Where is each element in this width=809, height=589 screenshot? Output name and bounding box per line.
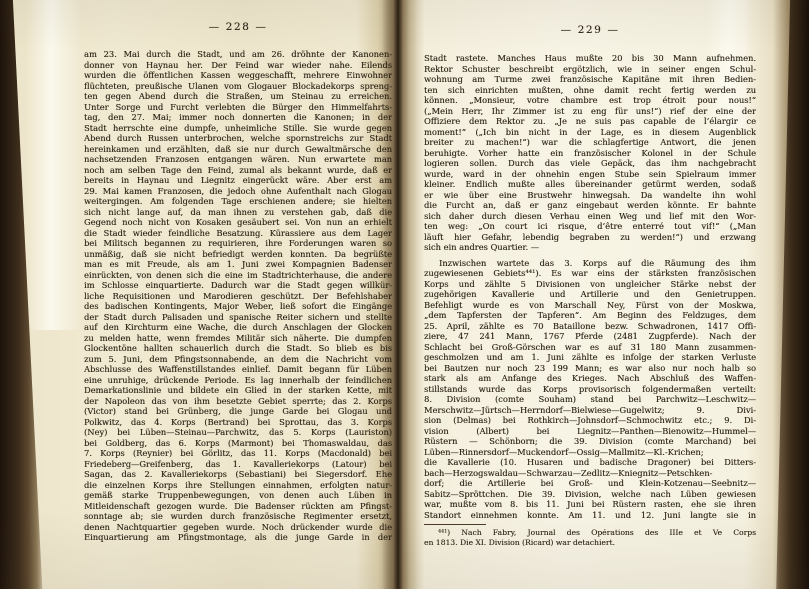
- page-number-228: — 228 —: [84, 21, 392, 33]
- text-line: ziere, 47 241 Mann, 1767 Pferde (2481 Zu…: [424, 331, 756, 342]
- text-line: wurden die öffentlichen Kassen weggescha…: [84, 70, 392, 81]
- text-line: gemäß starke Truppenbewegungen, von dene…: [84, 490, 392, 501]
- text-line: dorf; die Artillerie bei Groß- und Klein…: [424, 478, 756, 489]
- text-line: die Furcht an, daß er ganz eingebaut wer…: [424, 200, 756, 211]
- text-line: ⁴⁴¹) Nach Fabry, Journal des Opérations …: [424, 528, 756, 538]
- text-line: der Napoleon das von ihm besetzte Gebiet…: [84, 396, 392, 407]
- text-line: 8. Division (comte Souham) stand bei Par…: [424, 394, 756, 405]
- text-line: liche Requisitionen und Marodieren gesch…: [84, 291, 392, 302]
- text-line: Stadt herrschte eine dumpfe, unheimliche…: [84, 123, 392, 134]
- text-line: Stadt rastete. Manches Haus mußte 20 bis…: [424, 53, 756, 64]
- text-line: sion (Delmas) bei Rothkirch—Johnsdorf—Sc…: [424, 415, 756, 426]
- text-line: donner von Haynau her. Der Feind war wie…: [84, 60, 392, 71]
- text-line: 7. Korps (Reynier) bei Görlitz, das 11. …: [84, 448, 392, 459]
- text-line: Rektor Schuster beschreibt ergötzlich, w…: [424, 64, 756, 75]
- text-line: Friedeberg—Greifenberg, das 1. Kavalleri…: [84, 459, 392, 470]
- text-line: vision (Albert) bei Liegnitz—Panthen—Bie…: [424, 426, 756, 437]
- text-line: Demarkationslinie und bildete ein Glied …: [84, 385, 392, 396]
- text-line: breiter zu machen!“) war die schlagferti…: [424, 137, 756, 148]
- text-line: unmäßig, daß sie nicht befriedigt werden…: [84, 249, 392, 260]
- text-line: bei Bautzen nur noch 23 199 Mann; es war…: [424, 363, 756, 374]
- text-line: Schlacht bei Groß-Görschen war es auf 31…: [424, 342, 756, 353]
- text-line: Offiziere dem Rektor zu. „Je ne suis pas…: [424, 116, 756, 127]
- text-line: sonntage ab; sie wurden durch französisc…: [84, 511, 392, 522]
- text-line: moment!“ („Ich bin nicht in der Lage, es…: [424, 127, 756, 138]
- text-line: die Kavallerie (10. Husaren und badische…: [424, 457, 756, 468]
- text-line: Korps und zählte 5 Divisionen von unglei…: [424, 279, 756, 290]
- text-line: Befehligt wurde es von Marschall Ney, Fü…: [424, 300, 756, 311]
- text-line: flüchteten, preußische Ulanen vom Glogau…: [84, 81, 392, 92]
- text-line: weitergingen. Am folgenden Tage erschien…: [84, 196, 392, 207]
- text-line: ten sich einrichten mußten, ohne damit r…: [424, 85, 756, 96]
- text-line: (Ney) bei Lüben—Steinau—Parchwitz, das 5…: [84, 427, 392, 438]
- text-line: denen Nachtquartier gegeben wurde. Noch …: [84, 522, 392, 533]
- text-line: Einquartierung am Pfingstmontage, als di…: [84, 532, 392, 543]
- text-line: 25. April, zählte es 70 Bataillone bezw.…: [424, 321, 756, 332]
- text-line: kleiner. Endlich mußte alles übereinande…: [424, 179, 756, 190]
- text-line: bei Goldberg, das 6. Korps (Marmont) bei…: [84, 438, 392, 449]
- text-line: „dem Tapfersten der Tapferen“. Am Beginn…: [424, 310, 756, 321]
- text-line: bereits in Haynau und Liegnitz eingerück…: [84, 175, 392, 186]
- text-line: nachsetzenden Franzosen entgangen wären.…: [84, 154, 392, 165]
- text-line: des badischen Kontingents, Major Weber, …: [84, 301, 392, 312]
- text-line: bei Militsch begannen zu requirieren, ih…: [84, 238, 392, 249]
- text-line: war, mußte vom 8. bis 11. Juni bei Rüste…: [424, 499, 756, 510]
- text-line: tag, den 27. Mai; immer noch donnerten d…: [84, 112, 392, 123]
- right-page-text: Stadt rastete. Manches Haus mußte 20 bis…: [424, 53, 756, 520]
- text-line: Sabitz—Spröttchen. Die 39. Division, wel…: [424, 489, 756, 500]
- text-line: zugehörigen Kavallerie und Artillerie un…: [424, 289, 756, 300]
- text-line: sich nicht lange auf, da man ihnen zu ve…: [84, 207, 392, 218]
- book-scan: — 228 — — 229 — am 23. Mai durch die Sta…: [0, 0, 809, 589]
- text-line: Unter Sorge und Furcht verlebten die Bür…: [84, 102, 392, 113]
- text-line: logieren sollen. Durch das viele Gepäck,…: [424, 158, 756, 169]
- text-line: am 23. Mai durch die Stadt, und am 26. d…: [84, 49, 392, 60]
- text-line: ten gegen Abend durch die Straßen, um St…: [84, 91, 392, 102]
- text-line: stark als am Anfange des Krieges. Nach A…: [424, 373, 756, 384]
- text-line: eine unruhige, drückende Periode. Es lag…: [84, 375, 392, 386]
- text-line: auf den Kirchturm eine Wache, die durch …: [84, 322, 392, 333]
- text-line: Polkwitz, das 4. Korps (Bertrand) bei Sp…: [84, 417, 392, 428]
- text-line: beruhigte. Vorher hatte ein französische…: [424, 148, 756, 159]
- text-line: 29. Mai kamen Franzosen, die jedoch ohne…: [84, 186, 392, 197]
- text-line: Merschwitz—Jürtsch—Herrndorf—Bielwiese—G…: [424, 405, 756, 416]
- text-line: Rüstern — Schönborn; die 39. Division (c…: [424, 436, 756, 447]
- text-line: sich ein andres Quartier. —: [424, 242, 756, 253]
- text-line: man es mit Freude, als am 1. Juni zwei K…: [84, 259, 392, 270]
- page-number-229: — 229 —: [424, 24, 756, 36]
- text-line: Inzwischen wartete das 3. Korps auf die …: [424, 258, 756, 269]
- text-line: die Stadt wieder feindliche Besatzung. K…: [84, 228, 392, 239]
- left-page-text: am 23. Mai durch die Stadt, und am 26. d…: [84, 49, 392, 543]
- text-line: noch am selben Tage den Feind, zumal als…: [84, 165, 392, 176]
- text-line: Gegend noch nicht von Kosaken gesäubert …: [84, 217, 392, 228]
- page-light-streak: [26, 0, 82, 330]
- text-line: zugewiesenen Gebiets⁴⁴¹). Es war eins de…: [424, 268, 756, 279]
- text-line: wohnung am Turme zwei französische Kapit…: [424, 74, 756, 85]
- text-line: geschmolzen und am 1. Juni zählte es inf…: [424, 352, 756, 363]
- footnote-separator: [424, 524, 486, 525]
- text-line: die einzelnen Korps ihre Stellungen einn…: [84, 480, 392, 491]
- text-line: Glockentöne hallten schauerlich durch di…: [84, 343, 392, 354]
- text-line: Lüben—Rinnersdorf—Muckendorf—Ossig—Mallm…: [424, 447, 756, 458]
- text-line: stillstands wurde das Korps provisorisch…: [424, 384, 756, 395]
- text-line: hereinkamen und erzählten, daß sie nur d…: [84, 144, 392, 155]
- text-line: im Schlosse einquartierte. Dadurch war d…: [84, 280, 392, 291]
- book-cover-edge-right: [767, 0, 809, 589]
- text-line: sich daher durch diesen Verhau einen Weg…: [424, 211, 756, 222]
- text-line: er wie über eine Brustwehr hinwegsah. Da…: [424, 190, 756, 201]
- text-line: zu melden hatte, wenn fremdes Militär si…: [84, 333, 392, 344]
- text-line: („Mein Herr, Ihr Zimmer ist zu eng für u…: [424, 106, 756, 117]
- book-cover-edge-left: [0, 0, 46, 589]
- text-line: bach—Herzogswaldau—Schwarzau—Zedlitz—Kni…: [424, 468, 756, 479]
- text-line: en 1813. Die XI. Division (Ricard) war d…: [424, 538, 756, 548]
- text-line: Sagan, das 2. Kavalleriekorps (Sebastian…: [84, 469, 392, 480]
- text-line: können. „Monsieur, votre chambre est tro…: [424, 95, 756, 106]
- text-line: Abschlusse des Waffenstillstandes einlie…: [84, 364, 392, 375]
- text-line: läuft hier Gefahr, lebendig begraben zu …: [424, 232, 756, 243]
- text-line: (Victor) stand bei Grünberg, die junge G…: [84, 406, 392, 417]
- text-line: Mitleidenschaft gezogen wurde. Die Baden…: [84, 501, 392, 512]
- text-line: einrückten, von denen sich die eine im S…: [84, 270, 392, 281]
- text-line: der Stadt durch Palisaden und spanische …: [84, 312, 392, 323]
- text-line: Standort einnehmen konnte. Am 11. und 12…: [424, 510, 756, 521]
- text-line: wurde, ward in der ohnehin engen Stube s…: [424, 169, 756, 180]
- text-line: ten weg: „On court ici risque, d’être en…: [424, 221, 756, 232]
- text-line: zum 5. Juni, dem Pfingstsonnabende, an d…: [84, 354, 392, 365]
- text-line: Abend durch Russen unterbrochen, welche …: [84, 133, 392, 144]
- footnote-text: ⁴⁴¹) Nach Fabry, Journal des Opérations …: [424, 528, 756, 548]
